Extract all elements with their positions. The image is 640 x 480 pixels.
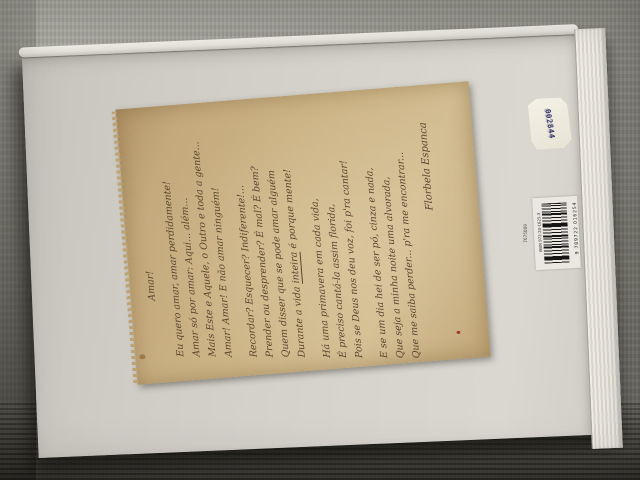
photo-background: Amar! Eu quero amar, amar perdidamente!A… bbox=[0, 0, 640, 480]
manuscript-facsimile: Amar! Eu quero amar, amar perdidamente!A… bbox=[116, 81, 491, 385]
barcode-bars bbox=[541, 202, 569, 263]
isbn-barcode: ISBN 972-20-1625-3 9 789722 016254 bbox=[532, 196, 581, 270]
ean-number: 9 789722 016254 bbox=[572, 209, 580, 254]
print-code-text: 7675009 bbox=[524, 224, 529, 243]
handwritten-poem: Amar! Eu quero amar, amar perdidamente!A… bbox=[114, 94, 491, 372]
poem-stanza: Há uma primavera em cada vida,É preciso … bbox=[300, 105, 368, 358]
rotated-page: Amar! Eu quero amar, amar perdidamente!A… bbox=[116, 81, 491, 385]
poem-stanza: Eu quero amar, amar perdidamente!Amar só… bbox=[153, 104, 238, 357]
poem-body: Eu quero amar, amar perdidamente!Amar só… bbox=[153, 104, 425, 358]
rotated-barcode: ISBN 972-20-1625-3 9 789722 016254 bbox=[535, 199, 578, 267]
poem-stanza: Recordar? Esquecer? Indiferente!...Prend… bbox=[226, 105, 311, 358]
sticker-number: 002844 bbox=[543, 108, 557, 139]
poem-stanza: E se um dia hei de ser pó, cinza e nada,… bbox=[357, 106, 425, 359]
print-code: 7675009 bbox=[522, 212, 532, 254]
